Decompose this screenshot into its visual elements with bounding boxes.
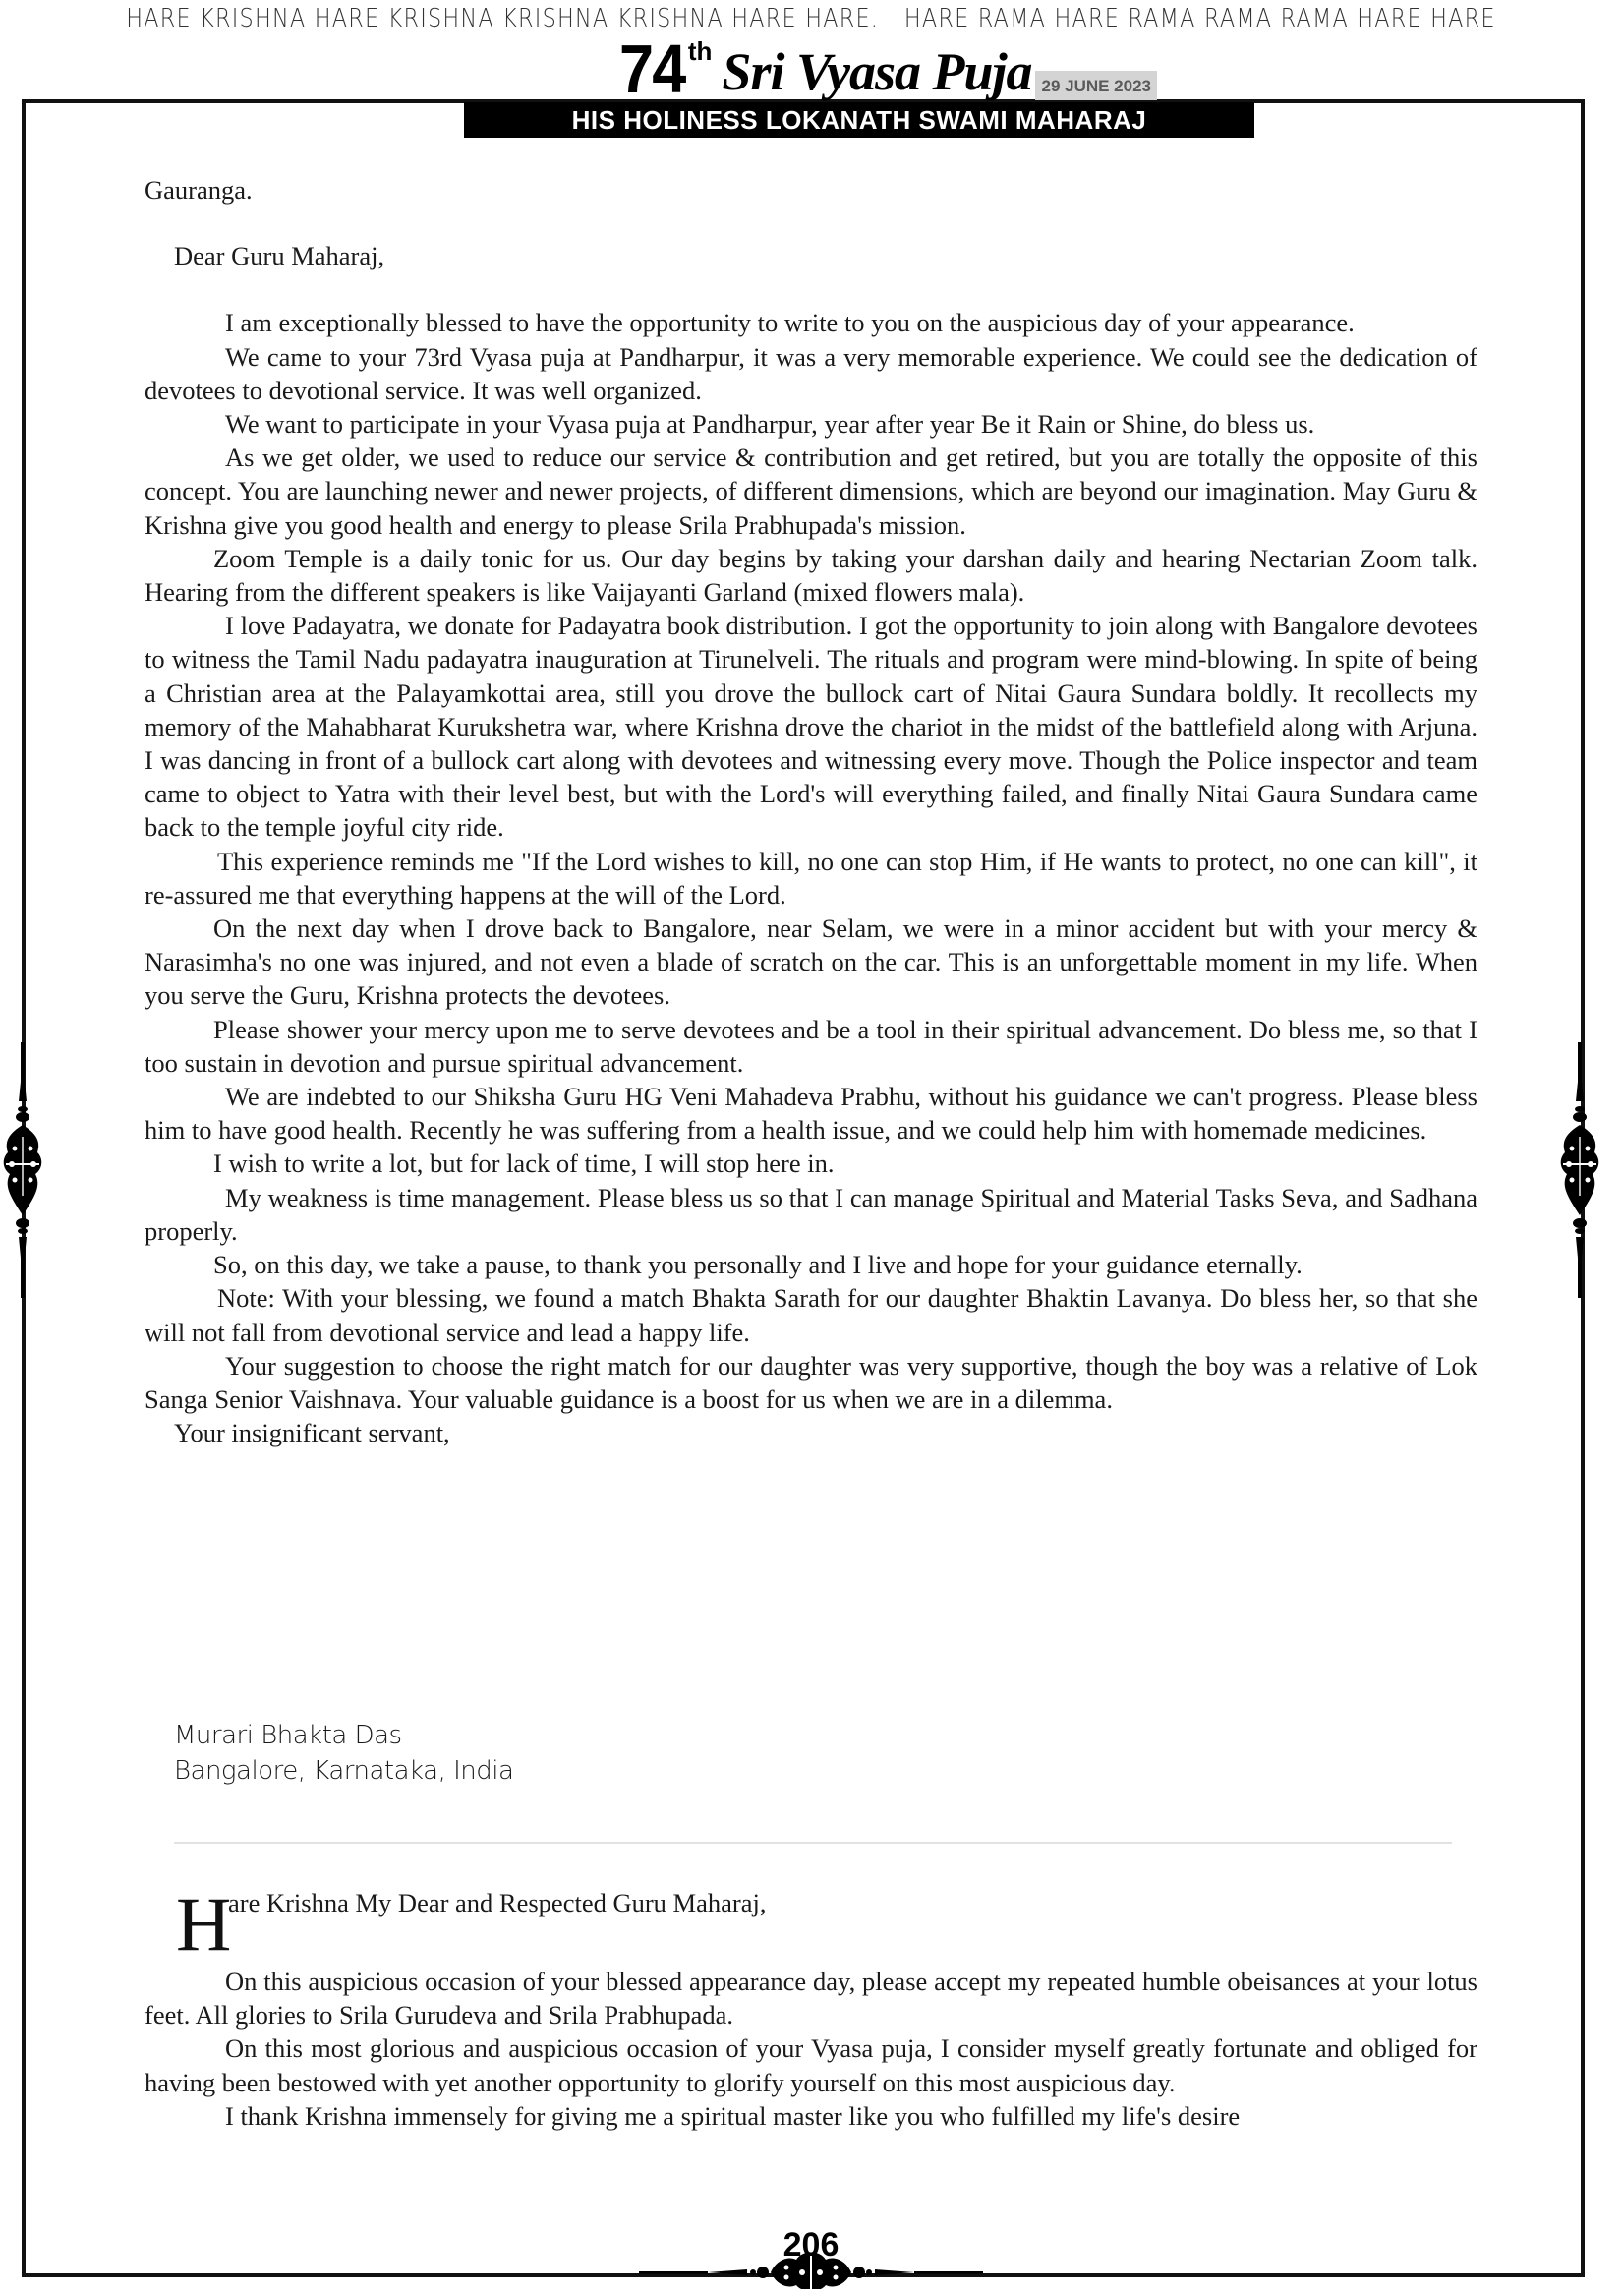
left-ornament-icon [0,1042,45,1298]
title-suffix: th [688,36,713,67]
paragraph: Your suggestion to choose the right matc… [145,1349,1477,1416]
greeting-line: H are Krishna My Dear and Respected Guru… [145,1886,1477,1965]
salutation: Gauranga. [145,173,1477,206]
paragraph: Please shower your mercy upon me to serv… [145,1013,1477,1080]
title-number: 74 [619,37,684,100]
paragraph: Zoom Temple is a daily tonic for us. Our… [145,542,1477,609]
signature-block: Murari Bhakta Das Bangalore, Karnataka, … [174,1718,513,1789]
signature-name: Murari Bhakta Das [174,1718,513,1753]
closing-line: Your insignificant servant, [145,1416,1477,1449]
page-title: 74 th Sri Vyasa Puja 29 JUNE 2023 [619,35,1157,100]
letter-one: Gauranga. Dear Guru Maharaj, I am except… [145,173,1477,1449]
greeting-rest: are Krishna My Dear and Respected Guru M… [228,1886,766,1919]
bottom-ornament-icon [639,2246,983,2289]
paragraph: We are indebted to our Shiksha Guru HG V… [145,1080,1477,1147]
greeting: Dear Guru Maharaj, [145,239,1477,272]
letter-two: H are Krishna My Dear and Respected Guru… [145,1886,1477,2133]
paragraph: We want to participate in your Vyasa puj… [145,407,1477,441]
paragraph: We came to your 73rd Vyasa puja at Pandh… [145,340,1477,407]
mantra-left: HARE KRISHNA HARE KRISHNA KRISHNA KRISHN… [126,4,879,33]
mantra-header: HARE KRISHNA HARE KRISHNA KRISHNA KRISHN… [114,0,1509,35]
paragraph: I thank Krishna immensely for giving me … [145,2099,1477,2133]
date-badge: 29 JUNE 2023 [1035,71,1157,100]
drop-cap: H [176,1890,231,1959]
paragraph: As we get older, we used to reduce our s… [145,441,1477,542]
section-divider [174,1842,1452,1844]
title-text: Sri Vyasa Puja [722,43,1031,100]
right-ornament-icon [1557,1042,1602,1298]
paragraph: Note: With your blessing, we found a mat… [145,1281,1477,1348]
paragraph: I am exceptionally blessed to have the o… [145,306,1477,339]
paragraph: On this auspicious occasion of your bles… [145,1965,1477,2031]
paragraph: On the next day when I drove back to Ban… [145,912,1477,1013]
paragraph: I love Padayatra, we donate for Padayatr… [145,609,1477,844]
name-banner-text: HIS HOLINESS LOKANATH SWAMI MAHARAJ [572,105,1147,136]
paragraph: This experience reminds me "If the Lord … [145,845,1477,912]
paragraph: My weakness is time management. Please b… [145,1181,1477,1248]
paragraph: So, on this day, we take a pause, to tha… [145,1248,1477,1281]
paragraph: On this most glorious and auspicious occ… [145,2031,1477,2098]
name-banner: HIS HOLINESS LOKANATH SWAMI MAHARAJ [464,102,1254,138]
paragraph: I wish to write a lot, but for lack of t… [145,1147,1477,1180]
mantra-right: HARE RAMA HARE RAMA RAMA RAMA HARE HARE [904,4,1496,33]
signature-location: Bangalore, Karnataka, India [174,1753,513,1789]
